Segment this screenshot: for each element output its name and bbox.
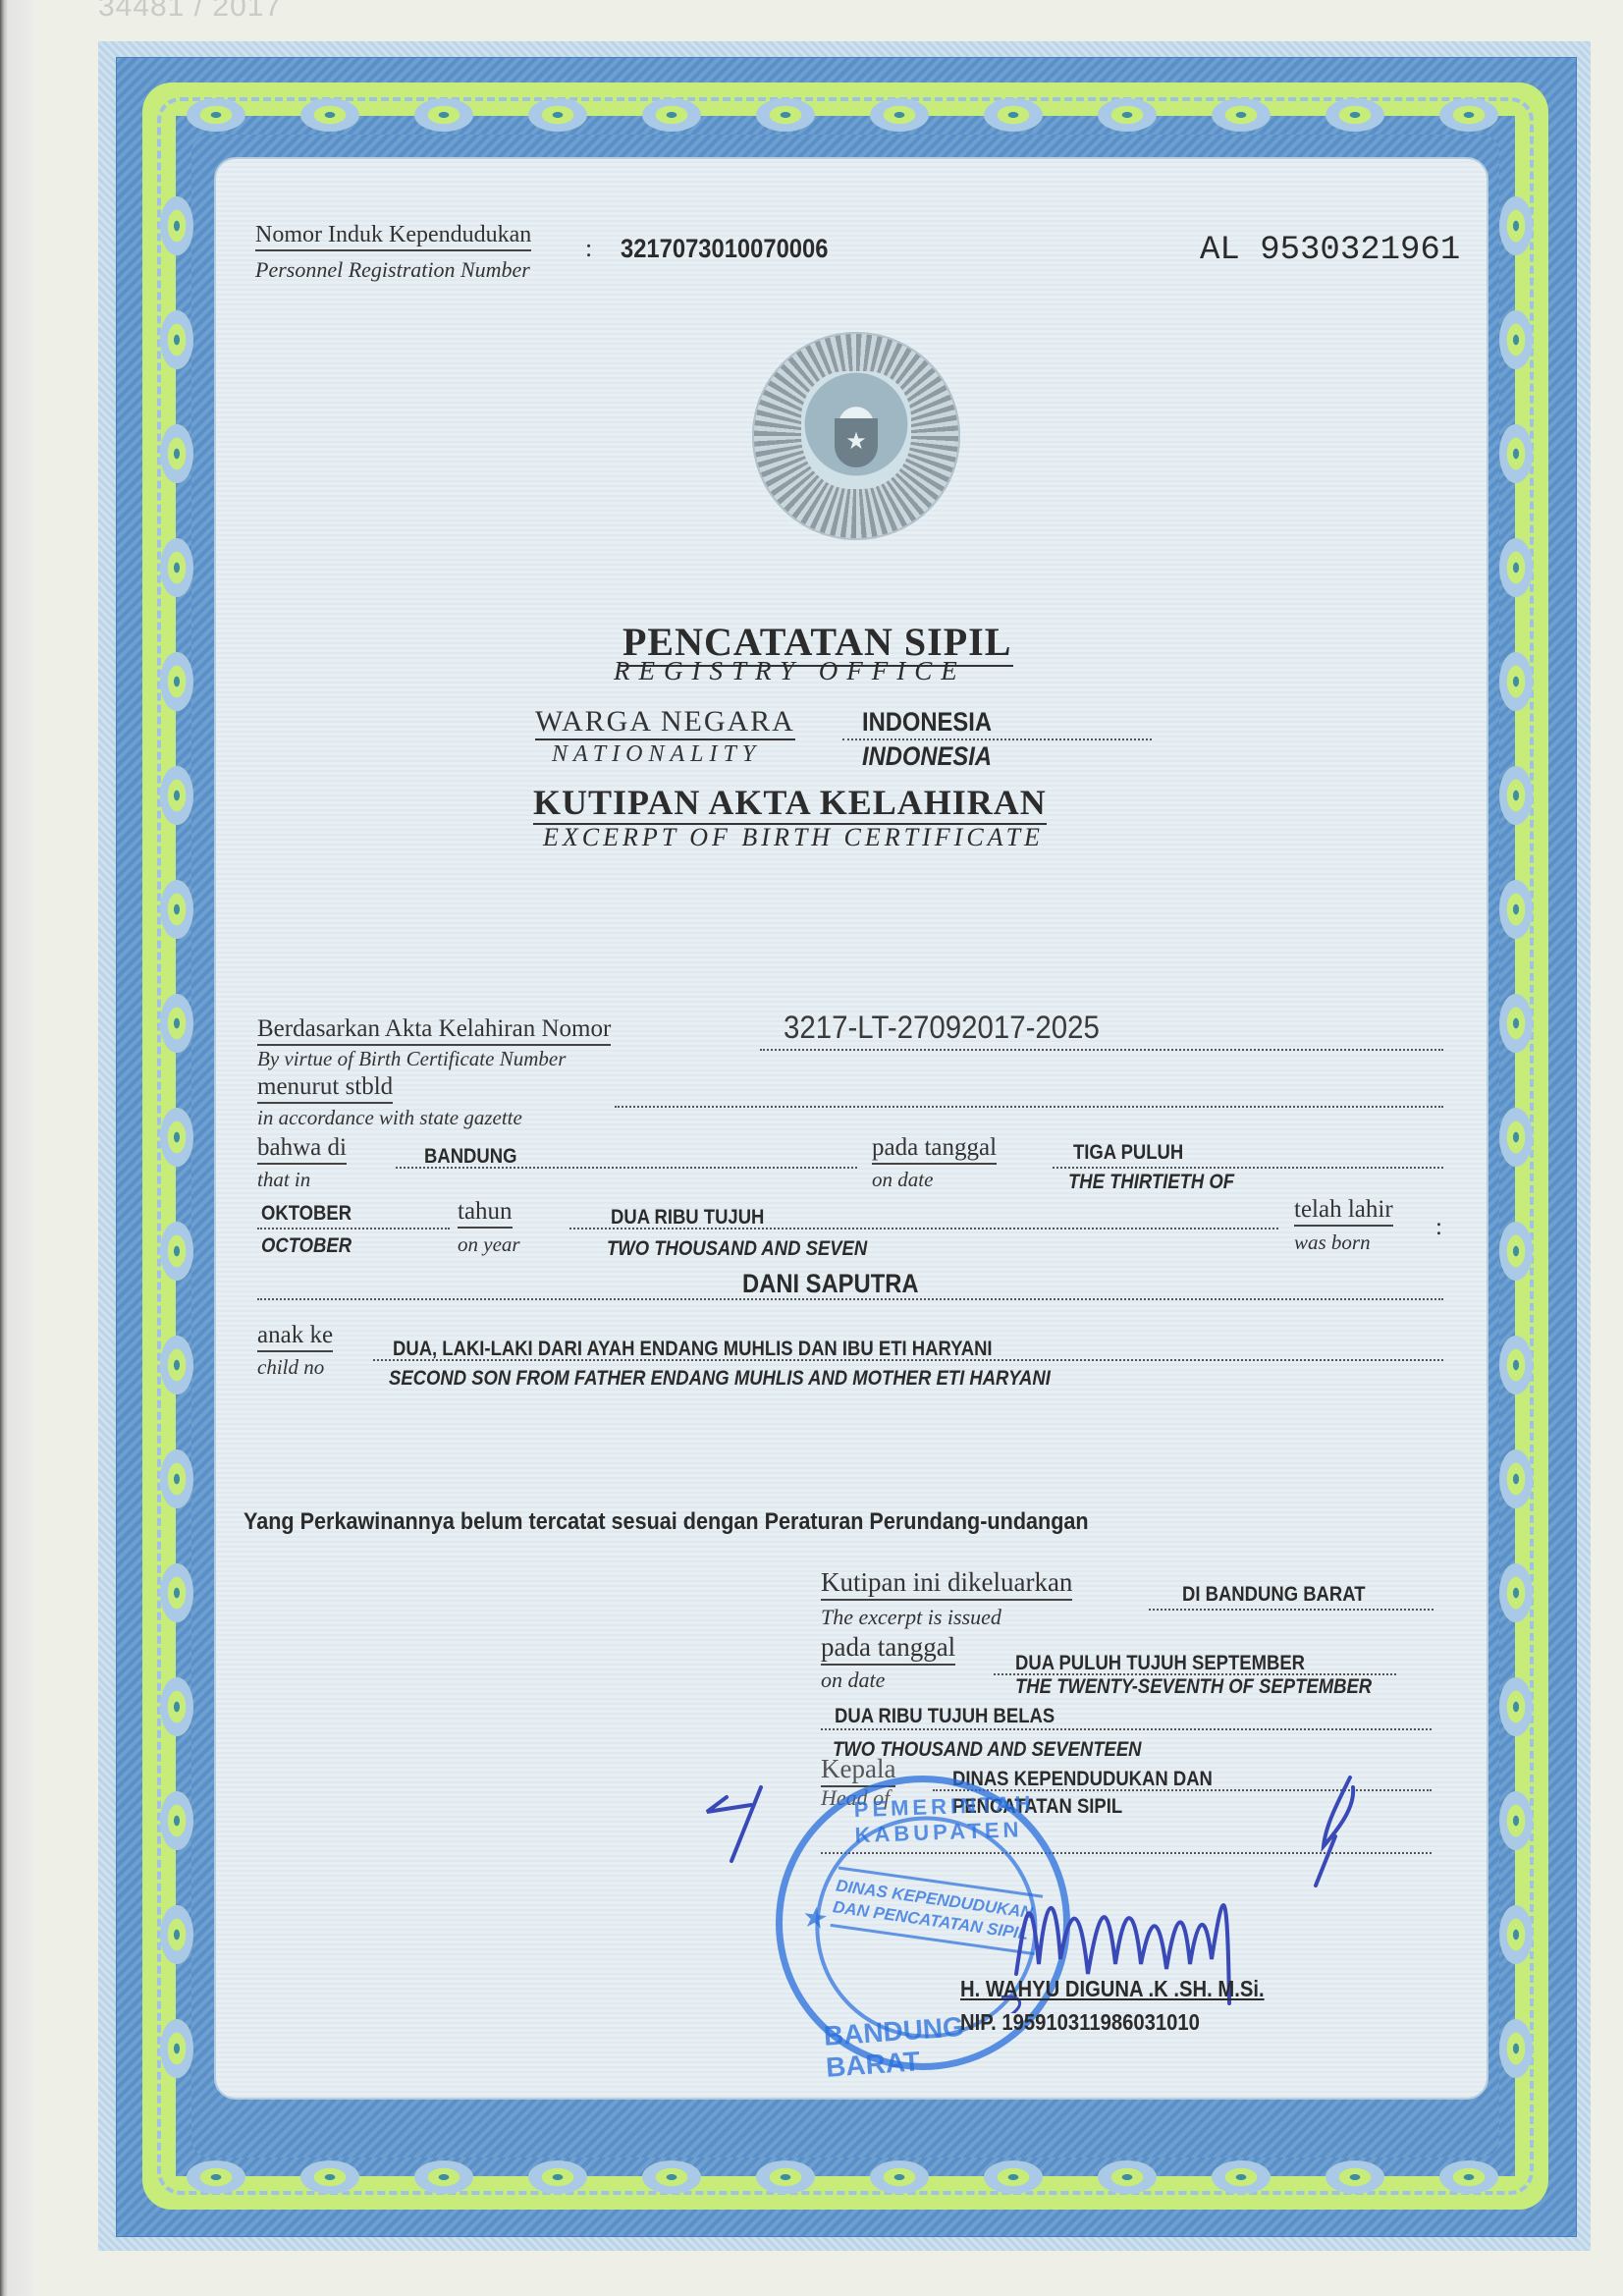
child-no-label: anak ke bbox=[257, 1322, 333, 1352]
border-ornament-icon bbox=[160, 310, 193, 369]
child-no-value-en: SECOND SON FROM FATHER ENDANG MUHLIS AND… bbox=[389, 1367, 1051, 1391]
document-title-en: EXCERPT OF BIRTH CERTIFICATE bbox=[543, 823, 1044, 852]
border-ornament-icon bbox=[1212, 2160, 1271, 2194]
border-ornament-icon bbox=[1212, 98, 1271, 132]
nik-label: Nomor Induk Kependudukan bbox=[255, 222, 531, 251]
nationality-value: INDONESIA bbox=[862, 707, 992, 738]
initial-mark-icon bbox=[687, 1758, 776, 1866]
border-ornament-icon bbox=[160, 652, 193, 711]
border-ornament-icon bbox=[1499, 196, 1533, 255]
issued-year-value: DUA RIBU TUJUH BELAS bbox=[835, 1705, 1055, 1728]
border-ornament-icon bbox=[1325, 98, 1384, 132]
border-ornament-icon bbox=[1098, 2160, 1157, 2194]
border-ornament-icon bbox=[870, 2160, 929, 2194]
cert-number-label-en: By virtue of Birth Certificate Number bbox=[257, 1047, 566, 1071]
border-ornament-icon bbox=[187, 2160, 245, 2194]
border-ornament-icon bbox=[1098, 98, 1157, 132]
issued-year-dots bbox=[821, 1728, 1432, 1730]
document-title: KUTIPAN AKTA KELAHIRAN bbox=[533, 782, 1047, 825]
border-ornament-icon bbox=[300, 98, 359, 132]
head-office-line1: DINAS KEPENDUDUKAN DAN bbox=[952, 1768, 1213, 1791]
border-ornament-icon bbox=[300, 2160, 359, 2194]
border-ornament-icon bbox=[187, 98, 245, 132]
border-ornament-icon bbox=[1499, 1108, 1533, 1167]
official-name: H. WAHYU DIGUNA .K .SH. M.Si. bbox=[960, 1976, 1265, 2002]
border-ornament-icon bbox=[160, 1563, 193, 1622]
month-dots bbox=[257, 1228, 450, 1230]
stamp-ring-top: PEMERINTAH KABUPATEN bbox=[853, 1789, 1079, 1848]
issued-place-dots bbox=[1149, 1609, 1434, 1611]
border-ornament-icon bbox=[1499, 538, 1533, 597]
issued-date-label-en: on date bbox=[821, 1667, 885, 1693]
child-no-label-en: child no bbox=[257, 1355, 324, 1380]
border-ornament-icon bbox=[1499, 1336, 1533, 1394]
child-name-dots bbox=[257, 1298, 1443, 1300]
scanner-edge bbox=[0, 0, 33, 2296]
official-nip: NIP. 195910311986031010 bbox=[960, 2009, 1200, 2036]
office-title-en: REGISTRY OFFICE bbox=[614, 656, 966, 686]
border-ornament-icon bbox=[160, 196, 193, 255]
issued-date-label: pada tanggal bbox=[821, 1632, 955, 1666]
border-ornament-icon bbox=[1499, 424, 1533, 483]
border-ornament-icon bbox=[160, 1449, 193, 1508]
issued-label-en: The excerpt is issued bbox=[821, 1605, 1001, 1630]
stbld-label-en: in accordance with state gazette bbox=[257, 1106, 522, 1130]
border-ornament-icon bbox=[528, 2160, 587, 2194]
serial-number: AL 9530321961 bbox=[1200, 232, 1460, 269]
birth-date-value: TIGA PULUH bbox=[1073, 1141, 1183, 1165]
border-ornament-icon bbox=[1499, 2019, 1533, 2078]
year-dots bbox=[569, 1228, 1278, 1230]
nik-label-en: Personnel Registration Number bbox=[255, 257, 530, 283]
star-shield-icon: ★ bbox=[835, 418, 878, 467]
file-reference: 34481 / 2017 bbox=[98, 0, 282, 24]
border-ornament-icon bbox=[1499, 766, 1533, 825]
place-label: bahwa di bbox=[257, 1134, 347, 1165]
stbld-label: menurut stbld bbox=[257, 1073, 393, 1104]
border-ornament-icon bbox=[1499, 1563, 1533, 1622]
nationality-dots bbox=[842, 738, 1152, 740]
border-ornament-icon bbox=[160, 424, 193, 483]
birth-date-value-en: THE THIRTIETH OF bbox=[1068, 1171, 1234, 1194]
paraf-mark-icon bbox=[1296, 1768, 1384, 1895]
border-ornament-icon bbox=[160, 1905, 193, 1964]
border-ornament-icon bbox=[642, 2160, 701, 2194]
border-ornament-icon bbox=[1499, 1905, 1533, 1964]
border-ornament-icon bbox=[1499, 880, 1533, 939]
border-ornament-icon bbox=[1439, 98, 1498, 132]
place-dots bbox=[396, 1167, 857, 1169]
border-ornament-icon bbox=[414, 2160, 473, 2194]
border-ornament-icon bbox=[1499, 1791, 1533, 1850]
issued-date-value: DUA PULUH TUJUH SEPTEMBER bbox=[1015, 1652, 1305, 1675]
birth-month-value-en: OCTOBER bbox=[261, 1234, 352, 1258]
year-label-en: on year bbox=[458, 1232, 520, 1257]
date-label-en: on date bbox=[872, 1168, 933, 1192]
date-label: pada tanggal bbox=[872, 1134, 997, 1165]
birth-month-value: OKTOBER bbox=[261, 1202, 352, 1226]
border-ornament-icon bbox=[160, 880, 193, 939]
garuda-emblem-icon: ★ bbox=[752, 332, 960, 540]
border-ornament-icon bbox=[1499, 994, 1533, 1053]
nationality-label-en: NATIONALITY bbox=[552, 741, 761, 768]
border-ornament-icon bbox=[160, 994, 193, 1053]
border-ornament-icon bbox=[160, 766, 193, 825]
born-label: telah lahir bbox=[1294, 1196, 1393, 1227]
border-ornament-icon bbox=[984, 2160, 1043, 2194]
nationality-value-en: INDONESIA bbox=[862, 741, 992, 772]
nik-colon: : bbox=[585, 234, 592, 263]
birth-year-value-en: TWO THOUSAND AND SEVEN bbox=[607, 1237, 867, 1261]
border-ornament-icon bbox=[1499, 310, 1533, 369]
border-ornament-icon bbox=[1439, 2160, 1498, 2194]
cert-number-label: Berdasarkan Akta Kelahiran Nomor bbox=[257, 1015, 611, 1046]
cert-number-dots bbox=[760, 1049, 1443, 1051]
border-ornament-icon bbox=[984, 98, 1043, 132]
birth-year-value: DUA RIBU TUJUH bbox=[611, 1206, 764, 1230]
border-ornament-icon bbox=[1499, 1449, 1533, 1508]
marriage-note: Yang Perkawinannya belum tercatat sesuai… bbox=[243, 1508, 1089, 1536]
border-ornament-icon bbox=[1499, 1677, 1533, 1736]
border-ornament-icon bbox=[160, 1336, 193, 1394]
border-ornament-icon bbox=[1499, 1222, 1533, 1281]
border-ornament-icon bbox=[160, 1222, 193, 1281]
border-ornament-icon bbox=[870, 98, 929, 132]
born-label-en: was born bbox=[1294, 1230, 1371, 1255]
place-label-en: that in bbox=[257, 1168, 310, 1192]
border-ornament-icon bbox=[160, 2019, 193, 2078]
born-colon: : bbox=[1435, 1214, 1442, 1241]
border-ornament-icon bbox=[756, 2160, 815, 2194]
child-name: DANI SAPUTRA bbox=[742, 1269, 919, 1299]
border-ornament-icon bbox=[756, 98, 815, 132]
birth-place-value: BANDUNG bbox=[424, 1145, 516, 1169]
child-no-value: DUA, LAKI-LAKI DARI AYAH ENDANG MUHLIS D… bbox=[393, 1338, 993, 1361]
issued-label: Kutipan ini dikeluarkan bbox=[821, 1567, 1072, 1601]
nik-value: 3217073010070006 bbox=[621, 234, 828, 264]
border-ornament-icon bbox=[160, 1108, 193, 1167]
year-label: tahun bbox=[458, 1198, 513, 1229]
border-ornament-icon bbox=[160, 538, 193, 597]
date-dots bbox=[1053, 1167, 1443, 1169]
stbld-dots bbox=[615, 1106, 1443, 1108]
border-ornament-icon bbox=[414, 98, 473, 132]
issued-place-value: DI BANDUNG BARAT bbox=[1182, 1583, 1366, 1607]
border-ornament-icon bbox=[160, 1791, 193, 1850]
nationality-label: WARGA NEGARA bbox=[535, 705, 795, 740]
cert-number-value: 3217-LT-27092017-2025 bbox=[784, 1010, 1100, 1046]
border-ornament-icon bbox=[160, 1677, 193, 1736]
stamp-star-icon: ★ bbox=[802, 1901, 829, 1935]
border-ornament-icon bbox=[1499, 652, 1533, 711]
border-ornament-icon bbox=[528, 98, 587, 132]
child-no-dots bbox=[373, 1359, 1443, 1361]
issued-date-value-en: THE TWENTY-SEVENTH OF SEPTEMBER bbox=[1015, 1675, 1372, 1699]
border-ornament-icon bbox=[1325, 2160, 1384, 2194]
border-ornament-icon bbox=[642, 98, 701, 132]
